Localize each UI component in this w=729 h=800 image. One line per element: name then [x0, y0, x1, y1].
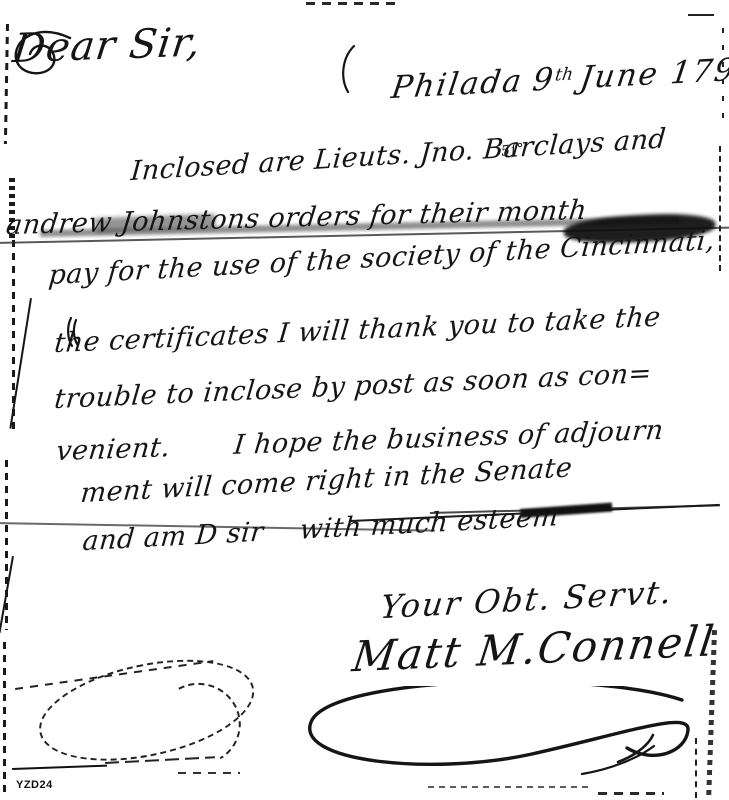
body-line: andrew Johnstons orders for their month	[4, 195, 588, 241]
ink-blot-mark-icon	[64, 316, 82, 348]
letter-scan-page: Dear Sir, Philada9thJune 1790 5ſ° Inclos…	[0, 0, 729, 800]
dateline: Philada9thJune 1790	[337, 14, 729, 145]
dateline-ordinal: th	[554, 64, 575, 85]
dateline-place: Philada	[389, 63, 525, 106]
body-line: and am D sir with much esteem	[81, 501, 560, 557]
body-line: venient. I hope the business of adjourn	[55, 415, 665, 467]
dateline-month-year: June 1790	[578, 51, 729, 97]
scan-mark-right-dashed	[719, 146, 721, 271]
scan-mark-top-right-dash	[688, 14, 714, 16]
scan-mark-top-dashes	[306, 2, 402, 5]
body-line: trouble to inclose by post as soon as co…	[53, 358, 653, 415]
signature: Matt M.Connell	[350, 616, 719, 681]
dateline-day: 9	[530, 61, 557, 98]
scan-mark-left-edge	[3, 642, 6, 794]
scan-mark-bottom-dashes	[428, 786, 588, 788]
stain-outline	[12, 765, 107, 770]
archive-code: YZD24	[16, 779, 53, 791]
signature-flourish-icon	[282, 686, 702, 778]
closing: Your Obt. Servt.	[378, 573, 675, 627]
scan-mark-bottom-dashes	[178, 772, 240, 774]
body-line: the certificates I will thank you to tak…	[53, 302, 662, 360]
salutation: Dear Sir,	[10, 19, 204, 72]
scan-mark-bottom-right	[598, 792, 664, 795]
